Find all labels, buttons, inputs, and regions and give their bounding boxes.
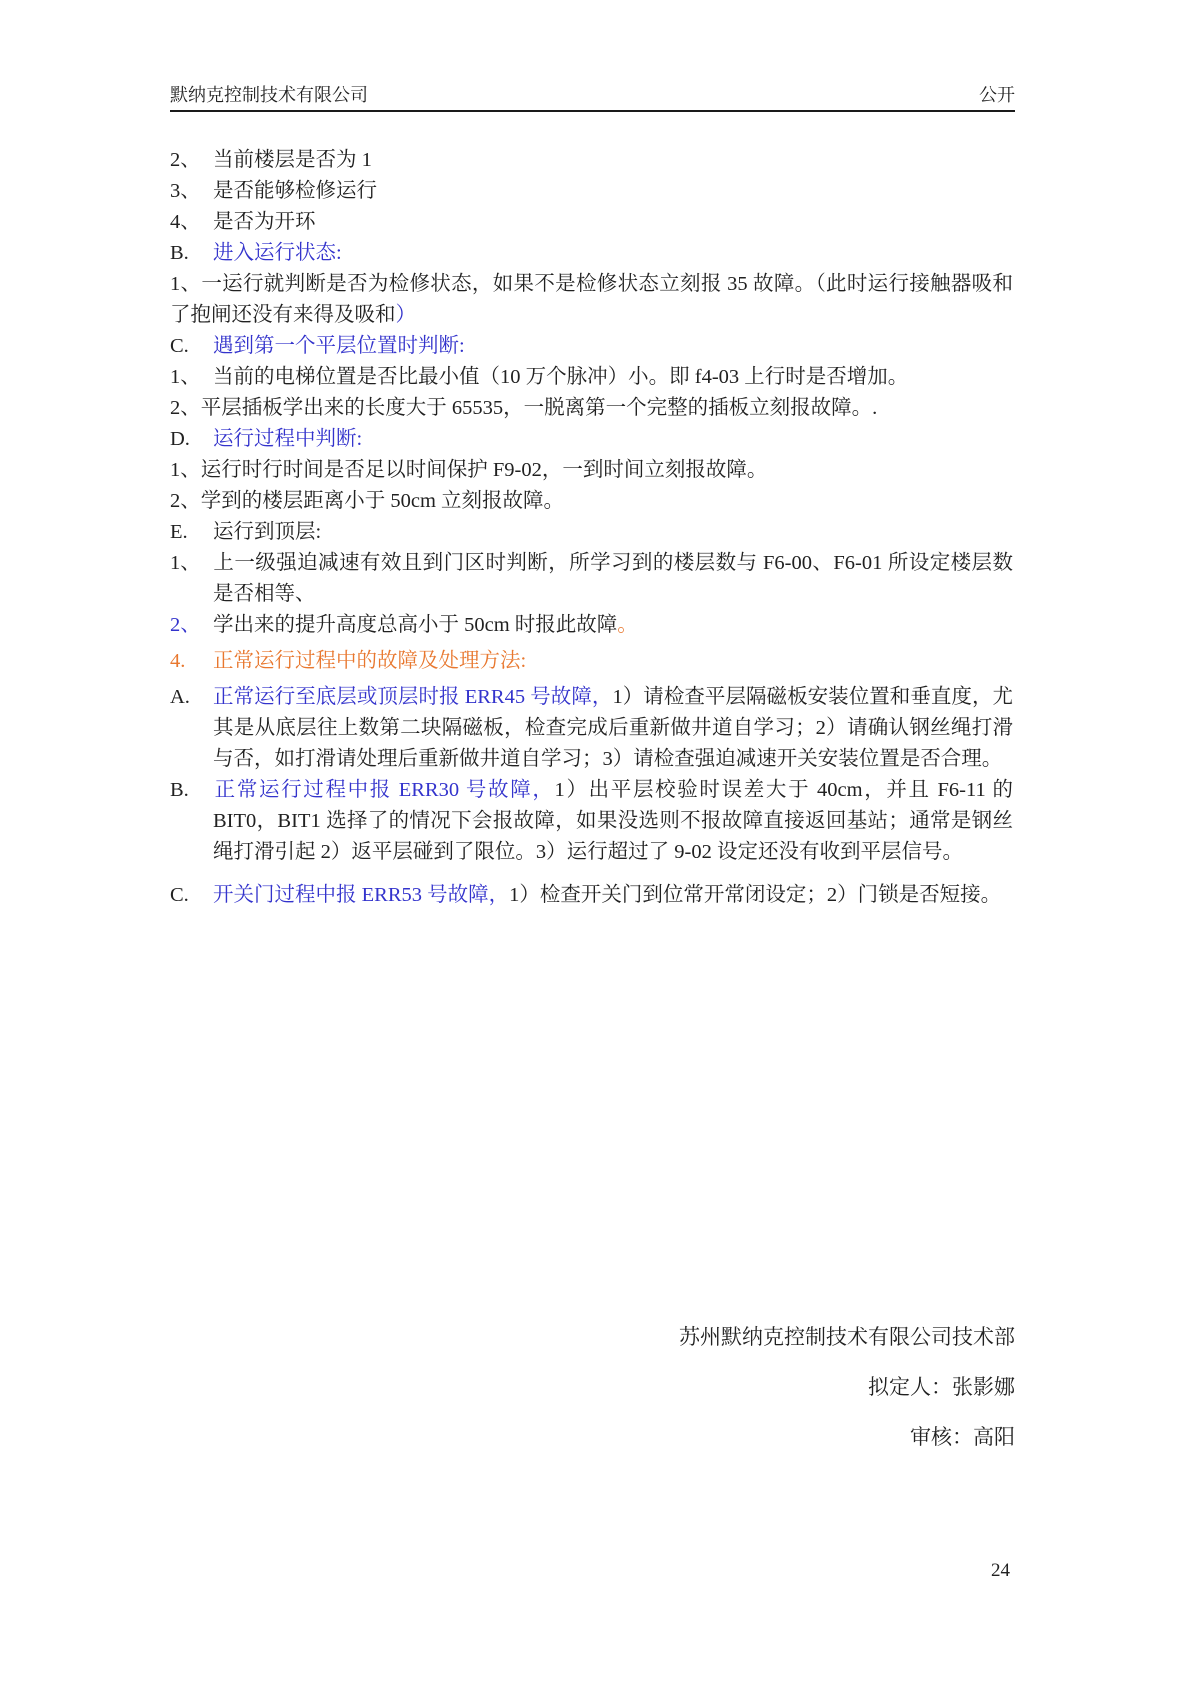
list-marker: 1、 [170, 362, 213, 393]
section-heading: E.运行到顶层: [170, 517, 1013, 548]
text-segment: 上一级强迫减速有效且到门区时判断，所学习到的楼层数与 F6-00、F6-01 所… [213, 552, 1013, 605]
signature-department: 苏州默纳克控制技术有限公司技术部 [679, 1324, 1015, 1350]
list-marker: C. [170, 880, 213, 911]
list-marker: C. [170, 331, 213, 362]
document-page: 默纳克控制技术有限公司 公开 2、当前楼层是否为 1 3、是否能够检修运行 4、… [0, 0, 1191, 1684]
heading-text: 运行过程中判断: [213, 428, 362, 450]
text-segment: 当前的电梯位置是否比最小值（10 万个脉冲）小。即 f4-03 上行时是否增加。 [213, 366, 908, 388]
header-company: 默纳克控制技术有限公司 [170, 84, 368, 106]
header-divider [170, 110, 1015, 112]
section-heading: 4.正常运行过程中的故障及处理方法: [170, 646, 1013, 677]
list-marker: 2、 [170, 610, 213, 641]
list-item: 2、学到的楼层距离小于 50cm 立刻报故障。 [170, 486, 1013, 517]
list-marker: 1、 [170, 548, 213, 579]
text-segment: 正常运行过程中报 ERR30 号故障， [213, 779, 555, 801]
list-item: 1、上一级强迫减速有效且到门区时判断，所学习到的楼层数与 F6-00、F6-01… [170, 548, 1013, 610]
header-classification: 公开 [979, 84, 1015, 106]
text-segment: 是否能够检修运行 [213, 180, 377, 202]
list-item: B.正常运行过程中报 ERR30 号故障，1）出平层校验时误差大于 40cm，并… [170, 775, 1013, 868]
list-marker: 4. [170, 646, 213, 677]
page-header: 默纳克控制技术有限公司 公开 [170, 84, 1015, 106]
text-segment: 学出来的提升高度总高小于 50cm 时报此故障 [213, 614, 617, 636]
list-marker: E. [170, 517, 213, 548]
heading-text: 遇到第一个平层位置时判断: [213, 335, 465, 357]
list-marker: 2、 [170, 145, 213, 176]
signature-block: 苏州默纳克控制技术有限公司技术部 拟定人：张影娜 审核：高阳 [679, 1324, 1015, 1474]
list-marker: D. [170, 424, 213, 455]
list-item: 3、是否能够检修运行 [170, 176, 1013, 207]
text-segment: 正常运行至底层或顶层时报 ERR45 号故障， [213, 686, 612, 708]
text-segment: 。 [617, 614, 638, 636]
section-heading: D.运行过程中判断: [170, 424, 1013, 455]
list-item: 1、一运行就判断是否为检修状态，如果不是检修状态立刻报 35 故障。（此时运行接… [170, 269, 1013, 331]
list-item: 4、是否为开环 [170, 207, 1013, 238]
document-body: 2、当前楼层是否为 1 3、是否能够检修运行 4、是否为开环 B.进入运行状态:… [170, 145, 1013, 911]
text-segment: 是否为开环 [213, 211, 316, 233]
heading-text: 正常运行过程中的故障及处理方法: [213, 650, 526, 672]
text-segment: 2、平层插板学出来的长度大于 65535，一脱离第一个完整的插板立刻报故障。. [170, 397, 877, 419]
list-marker: B. [170, 238, 213, 269]
list-item: 2、平层插板学出来的长度大于 65535，一脱离第一个完整的插板立刻报故障。. [170, 393, 1013, 424]
section-heading: C.遇到第一个平层位置时判断: [170, 331, 1013, 362]
list-marker: A. [170, 682, 213, 713]
signature-reviewer: 审核：高阳 [679, 1424, 1015, 1450]
text-segment: 1、一运行就判断是否为检修状态，如果不是检修状态立刻报 35 故障。（此时运行接… [170, 273, 1013, 326]
list-item: 1、当前的电梯位置是否比最小值（10 万个脉冲）小。即 f4-03 上行时是否增… [170, 362, 1013, 393]
signature-drafter: 拟定人：张影娜 [679, 1374, 1015, 1400]
text-segment: 2、学到的楼层距离小于 50cm 立刻报故障。 [170, 490, 564, 512]
text-segment: ） [396, 304, 417, 326]
list-marker: 3、 [170, 176, 213, 207]
list-item: 1、运行时行时间是否足以时间保护 F9-02，一到时间立刻报故障。 [170, 455, 1013, 486]
text-segment: 1）检查开关门到位常开常闭设定；2）门锁是否短接。 [509, 884, 1001, 906]
heading-text: 运行到顶层: [213, 521, 321, 543]
list-item: 2、当前楼层是否为 1 [170, 145, 1013, 176]
list-item: C.开关门过程中报 ERR53 号故障，1）检查开关门到位常开常闭设定；2）门锁… [170, 880, 1013, 911]
page-number: 24 [991, 1560, 1010, 1582]
text-segment: 开关门过程中报 ERR53 号故障， [213, 884, 509, 906]
list-marker: B. [170, 775, 213, 806]
list-marker: 4、 [170, 207, 213, 238]
text-segment: 1、运行时行时间是否足以时间保护 F9-02，一到时间立刻报故障。 [170, 459, 767, 481]
section-heading: B.进入运行状态: [170, 238, 1013, 269]
heading-text: 进入运行状态: [213, 242, 342, 264]
text-segment: 当前楼层是否为 1 [213, 149, 372, 171]
list-item: A.正常运行至底层或顶层时报 ERR45 号故障，1）请检查平层隔磁板安装位置和… [170, 682, 1013, 775]
list-item: 2、学出来的提升高度总高小于 50cm 时报此故障。 [170, 610, 1013, 641]
